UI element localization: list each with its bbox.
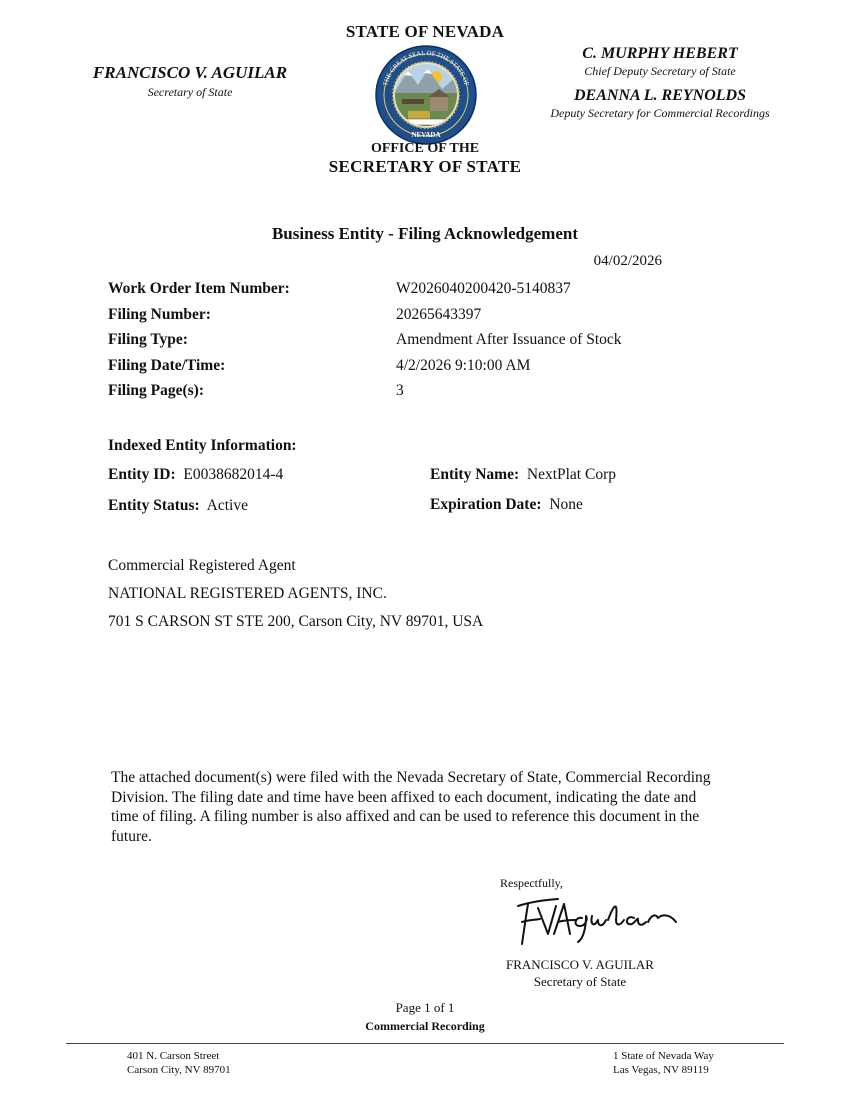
address-line: Carson City, NV 89701 — [127, 1063, 231, 1077]
secretary-name: FRANCISCO V. AGUILAR — [60, 63, 320, 83]
document-title: Business Entity - Filing Acknowledgement — [0, 224, 850, 244]
field-value: Amendment After Issuance of Stock — [396, 331, 716, 349]
chief-deputy-title: Chief Deputy Secretary of State — [520, 64, 800, 79]
field-label: Filing Number: — [108, 306, 398, 324]
entity-status-label: Entity Status: — [108, 497, 200, 514]
registered-agent-address: 701 S CARSON ST STE 200, Carson City, NV… — [108, 613, 483, 631]
entity-name-field: Entity Name: NextPlat Corp — [430, 466, 616, 484]
field-label: Work Order Item Number: — [108, 280, 398, 298]
deputy-commercial-name: DEANNA L. REYNOLDS — [520, 87, 800, 105]
field-value: 20265643397 — [396, 306, 716, 324]
footer-division: Commercial Recording — [0, 1019, 850, 1034]
deputy-commercial-title: Deputy Secretary for Commercial Recordin… — [520, 106, 800, 121]
entity-name-value: NextPlat Corp — [527, 466, 616, 483]
address-line: 1 State of Nevada Way — [613, 1049, 714, 1063]
entity-id-field: Entity ID: E0038682014-4 — [108, 466, 283, 484]
address-line: 401 N. Carson Street — [127, 1049, 231, 1063]
indexed-entity-heading: Indexed Entity Information: — [108, 437, 297, 455]
signature-icon — [510, 890, 685, 952]
entity-name-label: Entity Name: — [430, 466, 519, 483]
chief-deputy-name: C. MURPHY HEBERT — [520, 45, 800, 63]
field-label: Filing Type: — [108, 331, 398, 349]
field-label: Filing Page(s): — [108, 382, 398, 400]
entity-id-value: E0038682014-4 — [183, 466, 283, 483]
deputy-officials-block: C. MURPHY HEBERT Chief Deputy Secretary … — [520, 45, 800, 121]
address-line: Las Vegas, NV 89119 — [613, 1063, 714, 1077]
footer-address-las-vegas: 1 State of Nevada Way Las Vegas, NV 8911… — [613, 1049, 714, 1077]
svg-text:NEVADA: NEVADA — [411, 131, 440, 139]
entity-status-field: Entity Status: Active — [108, 497, 248, 515]
entity-id-label: Entity ID: — [108, 466, 176, 483]
field-value: 3 — [396, 382, 716, 400]
expiration-date-label: Expiration Date: — [430, 496, 542, 513]
field-label: Filing Date/Time: — [108, 357, 398, 375]
signer-name: FRANCISCO V. AGUILAR — [480, 957, 680, 973]
filing-notice-paragraph: The attached document(s) were filed with… — [111, 768, 711, 846]
footer-divider — [66, 1043, 784, 1044]
closing-salutation: Respectfully, — [500, 876, 563, 891]
expiration-date-field: Expiration Date: None — [430, 496, 583, 514]
state-title: STATE OF NEVADA — [0, 22, 850, 42]
office-heading-line2: SECRETARY OF STATE — [0, 157, 850, 177]
footer-address-carson-city: 401 N. Carson Street Carson City, NV 897… — [127, 1049, 231, 1077]
document-date: 04/02/2026 — [560, 253, 662, 270]
deputy-commercial-block: DEANNA L. REYNOLDS Deputy Secretary for … — [520, 87, 800, 121]
field-value: 4/2/2026 9:10:00 AM — [396, 357, 716, 375]
chief-deputy-block: C. MURPHY HEBERT Chief Deputy Secretary … — [520, 45, 800, 79]
secretary-of-state-block: FRANCISCO V. AGUILAR Secretary of State — [60, 63, 320, 100]
expiration-date-value: None — [549, 496, 583, 513]
nevada-seal-icon: NEVADA THE GREAT SEAL OF THE STATE OF — [374, 45, 478, 145]
office-heading-line1: OFFICE OF THE — [0, 141, 850, 157]
registered-agent-type: Commercial Registered Agent — [108, 557, 296, 575]
entity-status-value: Active — [207, 497, 248, 514]
signer-title: Secretary of State — [480, 974, 680, 990]
registered-agent-name: NATIONAL REGISTERED AGENTS, INC. — [108, 585, 387, 603]
field-value: W2026040200420-5140837 — [396, 280, 716, 298]
secretary-title: Secretary of State — [60, 85, 320, 100]
page-number: Page 1 of 1 — [0, 1000, 850, 1016]
